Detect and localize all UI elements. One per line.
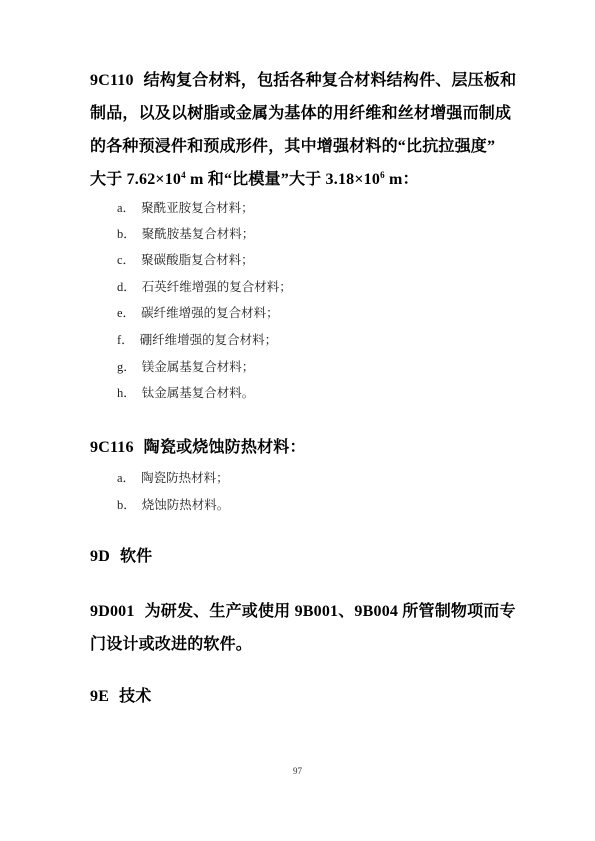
item-code-9d001: 9D001: [90, 603, 135, 620]
document-page: 9C110结构复合材料，包括各种复合材料结构件、层压板和 制品，以及以树脂或金属…: [0, 0, 595, 841]
list-item-text: 石英纤维增强的复合材料；: [142, 280, 292, 294]
paragraph-text: 结构复合材料，包括各种复合材料结构件、层压板和: [144, 72, 517, 89]
list-marker: a．: [117, 471, 135, 485]
list-marker: d．: [117, 280, 136, 294]
spec-modulus-text: m 和“比模量”大于 3.18×10: [186, 171, 380, 188]
heading-9c110-line-2: 制品，以及以树脂或金属为基体的用纤维和丝材增强而制成: [90, 104, 511, 124]
list-item: b．烧蚀防热材料。: [117, 495, 229, 515]
list-item-text: 聚酰亚胺复合材料；: [141, 201, 254, 215]
list-marker: b．: [117, 498, 136, 512]
list-item: b．聚酰胺基复合材料；: [117, 224, 254, 244]
list-item: d．石英纤维增强的复合材料；: [117, 277, 292, 297]
list-marker: c．: [117, 253, 135, 267]
list-item: f．硼纤维增强的复合材料；: [117, 330, 277, 350]
list-item-text: 聚酰胺基复合材料；: [142, 227, 255, 241]
heading-title: 陶瓷或烧蚀防热材料：: [144, 439, 306, 456]
list-item-text: 硼纤维增强的复合材料；: [140, 333, 278, 347]
page-number: 97: [0, 766, 595, 776]
list-item: a．聚酰亚胺复合材料；: [117, 198, 254, 218]
list-marker: a．: [117, 201, 135, 215]
spec-suffix: m：: [385, 171, 419, 188]
list-item-text: 碳纤维增强的复合材料；: [141, 306, 279, 320]
item-code-9c110: 9C110: [90, 72, 134, 89]
spec-tensile-prefix: 大于 7.62×10: [90, 171, 181, 188]
heading-9c110-line-1: 9C110结构复合材料，包括各种复合材料结构件、层压板和: [90, 71, 516, 91]
paragraph-text: 为研发、生产或使用 9B001、9B004 所管制物项而专: [145, 603, 516, 620]
list-item: g．镁金属基复合材料；: [117, 357, 254, 377]
item-code-9c116: 9C116: [90, 439, 134, 456]
list-item-text: 钛金属基复合材料。: [142, 386, 255, 400]
section-heading-9e: 9E技术: [90, 687, 151, 707]
list-marker: e．: [117, 306, 135, 320]
list-item-text: 陶瓷防热材料；: [141, 471, 229, 485]
list-marker: h．: [117, 386, 136, 400]
heading-9c116: 9C116陶瓷或烧蚀防热材料：: [90, 438, 306, 458]
section-code-9d: 9D: [90, 548, 110, 565]
list-item-text: 烧蚀防热材料。: [142, 498, 230, 512]
heading-9c110-line-4: 大于 7.62×104 m 和“比模量”大于 3.18×106 m：: [90, 170, 419, 190]
section-code-9e: 9E: [90, 688, 109, 705]
list-item-text: 镁金属基复合材料；: [142, 360, 255, 374]
list-marker: b．: [117, 227, 136, 241]
heading-9c110-line-3: 的各种预浸件和预成形件，其中增强材料的“比抗拉强度”: [90, 137, 495, 157]
list-item: e．碳纤维增强的复合材料；: [117, 303, 279, 323]
list-marker: f．: [117, 333, 134, 347]
heading-9d001-line-1: 9D001为研发、生产或使用 9B001、9B004 所管制物项而专: [90, 602, 516, 622]
list-item: h．钛金属基复合材料。: [117, 383, 254, 403]
section-title: 技术: [119, 688, 151, 705]
list-marker: g．: [117, 360, 136, 374]
list-item-text: 聚碳酸脂复合材料；: [141, 253, 254, 267]
heading-9d001-line-2: 门设计或改进的软件。: [90, 635, 252, 655]
list-item: a．陶瓷防热材料；: [117, 468, 229, 488]
list-item: c．聚碳酸脂复合材料；: [117, 250, 254, 270]
section-heading-9d: 9D软件: [90, 547, 152, 567]
section-title: 软件: [120, 548, 152, 565]
